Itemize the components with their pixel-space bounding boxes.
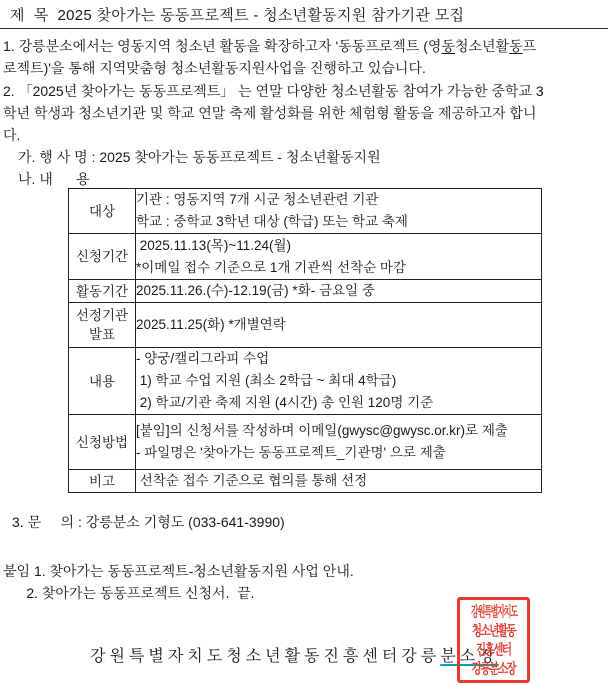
paragraph-intro: 1. 강릉분소에서는 영동지역 청소년 활동을 확장하고자 '동동프로젝트 (영… <box>3 35 608 79</box>
paragraph-intro-line2: 로젝트)'을 통해 지역맞춤형 청소년활동지원사업을 진행하고 있습니다. <box>3 57 608 79</box>
text-segment: 프 <box>523 38 537 54</box>
paragraph-event: 2. 「2025년 찾아가는 동동프로젝트」 는 연말 다양한 청소년활동 참여… <box>3 80 608 146</box>
event-name-line: 가. 행 사 명 : 2025 찾아가는 동동프로젝트 - 청소년활동지원 <box>3 146 608 168</box>
row-apply-period-label: 신청기간 <box>69 234 136 280</box>
row-activity-period-content: 2025.11.26.(수)-12.19(금) *화- 금요일 중 <box>136 280 542 303</box>
row-activity-period-label: 활동기간 <box>69 280 136 303</box>
paragraph-event-line1: 2. 「2025년 찾아가는 동동프로젝트」 는 연말 다양한 청소년활동 참여… <box>3 80 608 102</box>
row-how-to-apply-label: 신청방법 <box>69 415 136 470</box>
table-row-activity-period: 활동기간 2025.11.26.(수)-12.19(금) *화- 금요일 중 <box>69 280 542 303</box>
table-row-program-content: 내용 - 양궁/캘리그라피 수업 1) 학교 수업 지원 (최소 2학급 ~ 최… <box>69 348 542 415</box>
info-table: 대상 기관 : 영동지역 7개 시군 청소년관련 기관 학교 : 중학교 3학년… <box>68 188 542 493</box>
underlined-char: 동 <box>441 38 455 54</box>
paragraph-event-line2: 학년 학생과 청소년기관 및 학교 연말 축제 활성화를 위한 체험형 활동을 … <box>3 102 608 124</box>
paragraph-intro-line1: 1. 강릉분소에서는 영동지역 청소년 활동을 확장하고자 '동동프로젝트 (영… <box>3 35 608 57</box>
row-program-content-content: - 양궁/캘리그라피 수업 1) 학교 수업 지원 (최소 2학급 ~ 최대 4… <box>136 348 542 415</box>
official-seal-stamp: 강원특별자치도 청소년활동 진흥센터 강릉분소장 <box>457 597 530 683</box>
row-how-to-apply-content: [붙임]의 신청서를 작성하며 이메일(gwysc@gwysc.or.kr)로 … <box>136 415 542 470</box>
row-announcement-content: 2025.11.25(화) *개별연락 <box>136 303 542 348</box>
row-announcement-label: 선정기관 발표 <box>69 303 136 348</box>
table-row-how-to-apply: 신청방법 [붙임]의 신청서를 작성하며 이메일(gwysc@gwysc.or.… <box>69 415 542 470</box>
paragraph-event-line3: 다. <box>3 124 608 146</box>
seal-text-row-4: 강릉분소장 <box>472 659 515 679</box>
row-note-content: 선착순 접수 기준으로 협의를 통해 선정 <box>136 470 542 493</box>
underlined-char: 동 <box>509 38 523 54</box>
content-heading-line: 나. 내 용 <box>3 168 608 190</box>
seal-text-row-2: 청소년활동 <box>472 621 515 641</box>
seal-text-row-3: 진흥센터 <box>476 640 511 660</box>
row-apply-period-content: 2025.11.13(목)~11.24(월) *이메일 접수 기준으로 1개 기… <box>136 234 542 280</box>
table-row-apply-period: 신청기간 2025.11.13(목)~11.24(월) *이메일 접수 기준으로… <box>69 234 542 280</box>
official-document: 제 목 2025 찾아가는 동동프로젝트 - 청소년활동지원 참가기관 모집 1… <box>0 0 608 686</box>
text-segment: 청소년활 <box>455 38 509 54</box>
table-row-announcement: 선정기관 발표 2025.11.25(화) *개별연락 <box>69 303 542 348</box>
info-table-body: 대상 기관 : 영동지역 7개 시군 청소년관련 기관 학교 : 중학교 3학년… <box>69 189 542 493</box>
table-row-note: 비고 선착순 접수 기준으로 협의를 통해 선정 <box>69 470 542 493</box>
seal-text-row-1: 강원특별자치도 <box>471 602 517 622</box>
document-body: 1. 강릉분소에서는 영동지역 청소년 활동을 확장하고자 '동동프로젝트 (영… <box>0 35 608 668</box>
row-program-content-label: 내용 <box>69 348 136 415</box>
title-divider <box>0 28 608 29</box>
text-segment: 1. 강릉분소에서는 영동지역 청소년 활동을 확장하고자 '동동프로젝트 (영 <box>3 38 441 54</box>
issuer-name-main: 강원특별자치도청소년활동진흥센터강릉 <box>90 648 440 665</box>
row-note-label: 비고 <box>69 470 136 493</box>
document-title: 제 목 2025 찾아가는 동동프로젝트 - 청소년활동지원 참가기관 모집 <box>0 0 608 25</box>
table-row-target: 대상 기관 : 영동지역 7개 시군 청소년관련 기관 학교 : 중학교 3학년… <box>69 189 542 234</box>
row-target-label: 대상 <box>69 189 136 234</box>
row-target-content: 기관 : 영동지역 7개 시군 청소년관련 기관 학교 : 중학교 3학년 대상… <box>136 189 542 234</box>
inquiry-line: 3. 문 의 : 강릉분소 기형도 (033-641-3990) <box>3 511 608 533</box>
